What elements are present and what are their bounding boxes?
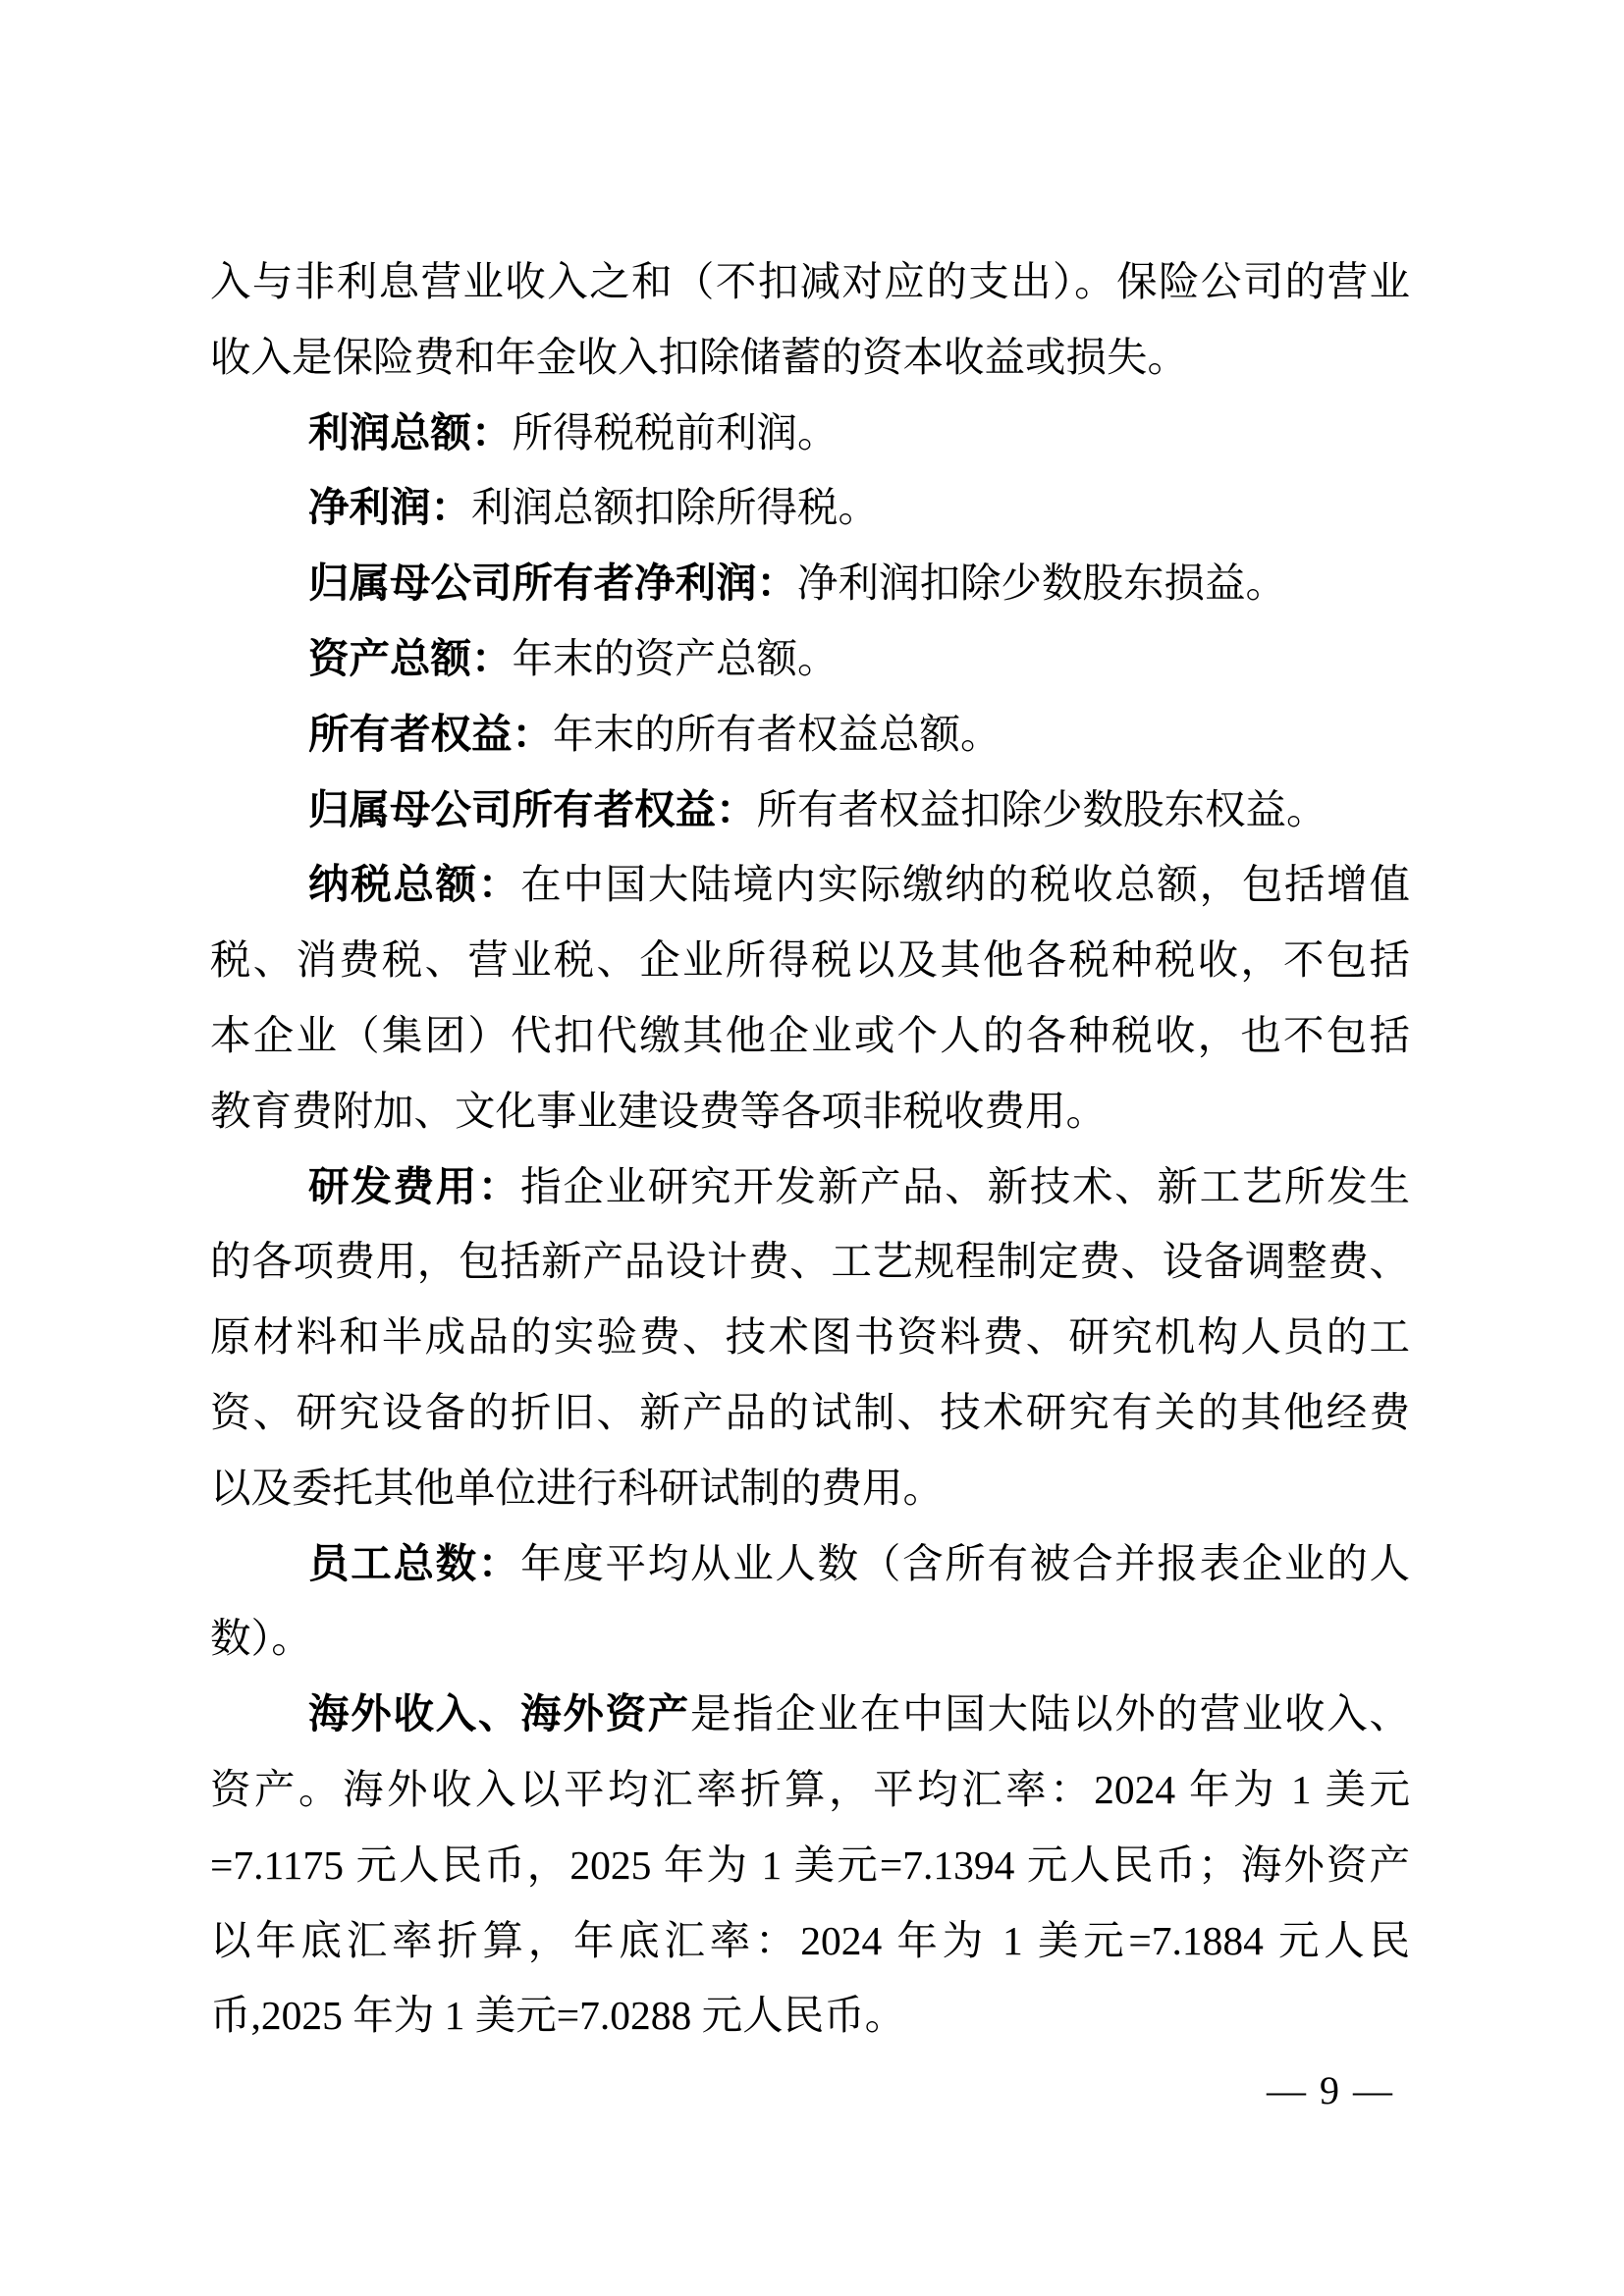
text-line: 归属母公司所有者净利润：净利润扣除少数股东损益。	[210, 546, 1410, 621]
text-line: 资产总额：年末的资产总额。	[210, 621, 1410, 697]
text-line: 纳税总额：在中国大陆境内实际缴纳的税收总额，包括增值	[210, 847, 1410, 923]
line-text: 资产。海外收入以平均汇率折算，平均汇率：2024 年为 1 美元	[210, 1767, 1410, 1812]
term-bold: 研发费用：	[308, 1164, 520, 1209]
line-text: 以及委托其他单位进行科研试制的费用。	[210, 1466, 944, 1511]
line-text: 净利润扣除少数股东损益。	[797, 561, 1286, 606]
term-bold: 利润总额：	[308, 410, 513, 455]
line-text: 年度平均从业人数（含所有被合并报表企业的人	[520, 1541, 1410, 1586]
text-line: 归属母公司所有者权益：所有者权益扣除少数股东权益。	[210, 773, 1410, 848]
line-text: =7.1175 元人民币，2025 年为 1 美元=7.1394 元人民币；海外…	[210, 1842, 1410, 1888]
text-line: =7.1175 元人民币，2025 年为 1 美元=7.1394 元人民币；海外…	[210, 1828, 1410, 1903]
line-text: 指企业研究开发新产品、新技术、新工艺所发生	[520, 1164, 1410, 1209]
line-text: 以年底汇率折算，年底汇率：2024 年为 1 美元=7.1884 元人民	[210, 1918, 1410, 1963]
text-line: 资、研究设备的折旧、新产品的试制、技术研究有关的其他经费	[210, 1375, 1410, 1451]
text-line: 所有者权益：年末的所有者权益总额。	[210, 697, 1410, 773]
term-bold: 员工总数：	[308, 1541, 520, 1586]
line-text: 收入是保险费和年金收入扣除储蓄的资本收益或损失。	[210, 335, 1188, 380]
text-line: 入与非利息营业收入之和（不扣减对应的支出）。保险公司的营业	[210, 244, 1410, 320]
line-text: 教育费附加、文化事业建设费等各项非税收费用。	[210, 1089, 1107, 1134]
line-text: 年末的资产总额。	[513, 636, 839, 681]
text-line: 数）。	[210, 1601, 1410, 1677]
text-line: 以及委托其他单位进行科研试制的费用。	[210, 1451, 1410, 1526]
line-text: 所有者权益扣除少数股东权益。	[757, 787, 1327, 832]
line-text: 在中国大陆境内实际缴纳的税收总额，包括增值	[520, 862, 1410, 907]
text-line: 币,2025 年为 1 美元=7.0288 元人民币。	[210, 1978, 1410, 2054]
line-text: 税、消费税、营业税、企业所得税以及其他各税种税收，不包括	[210, 937, 1410, 983]
text-line: 净利润：利润总额扣除所得税。	[210, 470, 1410, 546]
document-page: 入与非利息营业收入之和（不扣减对应的支出）。保险公司的营业 收入是保险费和年金收…	[0, 0, 1624, 2296]
line-text: 利润总额扣除所得税。	[471, 485, 879, 530]
line-text: 资、研究设备的折旧、新产品的试制、技术研究有关的其他经费	[210, 1390, 1410, 1435]
term-bold: 净利润：	[308, 485, 471, 530]
text-line: 本企业（集团）代扣代缴其他企业或个人的各种税收，也不包括	[210, 998, 1410, 1074]
line-text: 所得税税前利润。	[513, 410, 839, 455]
text-line: 的各项费用，包括新产品设计费、工艺规程制定费、设备调整费、	[210, 1224, 1410, 1300]
text-line: 以年底汇率折算，年底汇率：2024 年为 1 美元=7.1884 元人民	[210, 1903, 1410, 1979]
line-text: 入与非利息营业收入之和（不扣减对应的支出）。保险公司的营业	[210, 259, 1410, 304]
text-line: 收入是保险费和年金收入扣除储蓄的资本收益或损失。	[210, 320, 1410, 396]
term-bold: 归属母公司所有者净利润：	[308, 561, 797, 606]
text-line: 员工总数：年度平均从业人数（含所有被合并报表企业的人	[210, 1526, 1410, 1602]
line-text: 年末的所有者权益总额。	[553, 712, 1001, 757]
line-text: 数）。	[210, 1616, 312, 1661]
text-line: 税、消费税、营业税、企业所得税以及其他各税种税收，不包括	[210, 923, 1410, 998]
text-line: 原材料和半成品的实验费、技术图书资料费、研究机构人员的工	[210, 1300, 1410, 1375]
term-bold: 所有者权益：	[308, 712, 553, 757]
text-line: 教育费附加、文化事业建设费等各项非税收费用。	[210, 1074, 1410, 1149]
page-number: — 9 —	[1267, 2067, 1394, 2113]
term-bold: 海外收入、海外资产	[308, 1691, 690, 1736]
text-block: 入与非利息营业收入之和（不扣减对应的支出）。保险公司的营业 收入是保险费和年金收…	[210, 244, 1410, 2054]
text-line: 海外收入、海外资产是指企业在中国大陆以外的营业收入、	[210, 1677, 1410, 1752]
term-bold: 归属母公司所有者权益：	[308, 787, 757, 832]
line-text: 的各项费用，包括新产品设计费、工艺规程制定费、设备调整费、	[210, 1239, 1410, 1284]
text-line: 资产。海外收入以平均汇率折算，平均汇率：2024 年为 1 美元	[210, 1752, 1410, 1828]
term-bold: 纳税总额：	[308, 862, 520, 907]
text-line: 研发费用：指企业研究开发新产品、新技术、新工艺所发生	[210, 1149, 1410, 1225]
line-text: 币,2025 年为 1 美元=7.0288 元人民币。	[210, 1993, 905, 2038]
line-text: 原材料和半成品的实验费、技术图书资料费、研究机构人员的工	[210, 1314, 1410, 1360]
text-line: 利润总额：所得税税前利润。	[210, 396, 1410, 471]
term-bold: 资产总额：	[308, 636, 513, 681]
line-text: 是指企业在中国大陆以外的营业收入、	[690, 1691, 1410, 1736]
line-text: 本企业（集团）代扣代缴其他企业或个人的各种税收，也不包括	[210, 1013, 1410, 1058]
